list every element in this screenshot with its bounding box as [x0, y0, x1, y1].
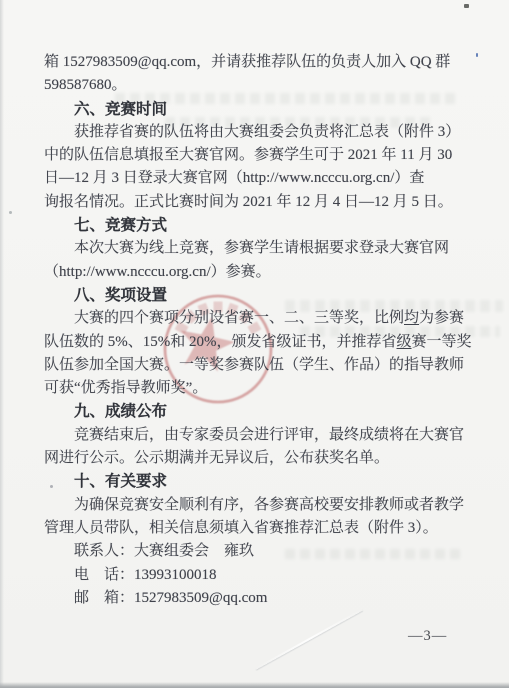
scanned-document-page: 箱 1527983509@qq.com，并请获推荐队伍的负责人加入 QQ 群59…: [0, 0, 509, 688]
scan-speck: [464, 4, 469, 8]
text-line: 十、有关要求: [44, 470, 468, 493]
text-segment: 七、竞赛方式: [74, 217, 167, 234]
text-line: 联系人：大赛组委会 雍玖: [44, 540, 468, 563]
text-line: 日—12 月 3 日登录大赛官网（http://www.ncccu.org.cn…: [44, 167, 468, 190]
text-segment: 网进行公示。公示期满并无异议后，公布获奖名单。: [44, 450, 389, 466]
text-segment: 中的队伍信息填报至大赛官网。参赛学生可于 2021 年 11 月 30: [44, 147, 452, 163]
text-segment: 九、成绩公布: [74, 403, 167, 420]
text-line: 中的队伍信息填报至大赛官网。参赛学生可于 2021 年 11 月 30: [44, 144, 468, 167]
text-segment: 十、有关要求: [74, 473, 167, 490]
text-line: 本次大赛为线上竞赛，参赛学生请根据要求登录大赛官网: [44, 237, 468, 260]
text-segment: 598587680。: [44, 77, 127, 93]
page-number: —3—: [408, 628, 447, 645]
text-line: 队伍参加全国大赛。一等奖参赛队伍（学生、作品）的指导教师: [44, 354, 468, 377]
text-line: 为确保竞赛安全顺利有序，各参赛高校要安排教师或者教学: [44, 494, 468, 517]
text-segment: 八、奖项设置: [74, 287, 167, 304]
scan-speck: [476, 53, 478, 57]
scan-speck: [50, 485, 53, 488]
text-line: 九、成绩公布: [44, 400, 468, 423]
text-line: 大赛的四个赛项分别设省赛一、二、三等奖，比例均为参赛: [44, 307, 468, 330]
text-segment: 管理人员带队，相关信息须填入省赛推荐汇总表（附件 3）。: [44, 520, 438, 536]
document-body: 箱 1527983509@qq.com，并请获推荐队伍的负责人加入 QQ 群59…: [44, 51, 468, 610]
text-line: 询报名情况。正式比赛时间为 2021 年 12 月 4 日—12 月 5 日。: [44, 191, 468, 214]
text-line: 获推荐省赛的队伍将由大赛组委会负责将汇总表（附件 3）: [44, 121, 468, 144]
text-line: 箱 1527983509@qq.com，并请获推荐队伍的负责人加入 QQ 群: [44, 51, 468, 74]
text-segment: 本次大赛为线上竞赛，参赛学生请根据要求登录大赛官网: [74, 240, 449, 256]
text-segment: 可获“优秀指导教师奖”。: [44, 380, 207, 396]
text-line: 管理人员带队，相关信息须填入省赛推荐汇总表（附件 3）。: [44, 517, 468, 540]
scan-speck: [9, 211, 12, 214]
text-line: 队伍数的 5%、15%和 20%，颁发省级证书，并推荐省级赛一等奖: [44, 331, 468, 354]
scan-edge-left: [0, 0, 4, 688]
text-segment: 大赛的四个赛项分别设省赛一、二、三等奖，比例: [74, 310, 404, 326]
text-line: 八、奖项设置: [44, 284, 468, 307]
text-line: 可获“优秀指导教师奖”。: [44, 377, 468, 400]
text-segment: 级: [397, 334, 412, 350]
text-segment: 均: [404, 310, 419, 326]
text-line: 电 话：13993100018: [44, 564, 468, 587]
text-segment: 队伍数的 5%、15%和 20%，颁发省级证书，并推荐省: [44, 334, 397, 350]
text-line: 网进行公示。公示期满并无异议后，公布获奖名单。: [44, 447, 468, 470]
text-segment: 日—12 月 3 日登录大赛官网（http://www.ncccu.org.cn…: [44, 170, 424, 186]
text-segment: 队伍参加全国大赛。一等奖参赛队伍（学生、作品）的指导教师: [44, 357, 464, 373]
text-segment: 联系人：大赛组委会 雍玖: [74, 543, 254, 559]
text-line: 七、竞赛方式: [44, 214, 468, 237]
text-segment: 电 话：13993100018: [74, 567, 217, 583]
text-segment: 获推荐省赛的队伍将由大赛组委会负责将汇总表（附件 3）: [74, 124, 460, 140]
text-line: （http://www.ncccu.org.cn/）参赛。: [44, 261, 468, 284]
scan-edge-bottom: [0, 682, 509, 688]
text-line: 六、竞赛时间: [44, 98, 468, 121]
text-line: 竞赛结束后，由专家委员会进行评审，最终成绩将在大赛官: [44, 424, 468, 447]
text-line: 598587680。: [44, 74, 468, 97]
text-segment: （http://www.ncccu.org.cn/）参赛。: [44, 264, 271, 280]
text-segment: 六、竞赛时间: [74, 101, 167, 118]
text-line: 邮 箱：1527983509@qq.com: [44, 587, 468, 610]
text-segment: 为确保竞赛安全顺利有序，各参赛高校要安排教师或者教学: [74, 497, 464, 513]
text-segment: 箱 1527983509@qq.com，并请获推荐队伍的负责人加入 QQ 群: [44, 54, 450, 70]
text-segment: 为参赛: [419, 310, 464, 326]
paper-crease: [255, 609, 363, 670]
text-segment: 竞赛结束后，由专家委员会进行评审，最终成绩将在大赛官: [74, 427, 464, 443]
text-segment: 赛一等奖: [412, 334, 472, 350]
text-segment: 邮 箱：1527983509@qq.com: [74, 590, 267, 606]
text-segment: 询报名情况。正式比赛时间为 2021 年 12 月 4 日—12 月 5 日。: [44, 194, 453, 210]
